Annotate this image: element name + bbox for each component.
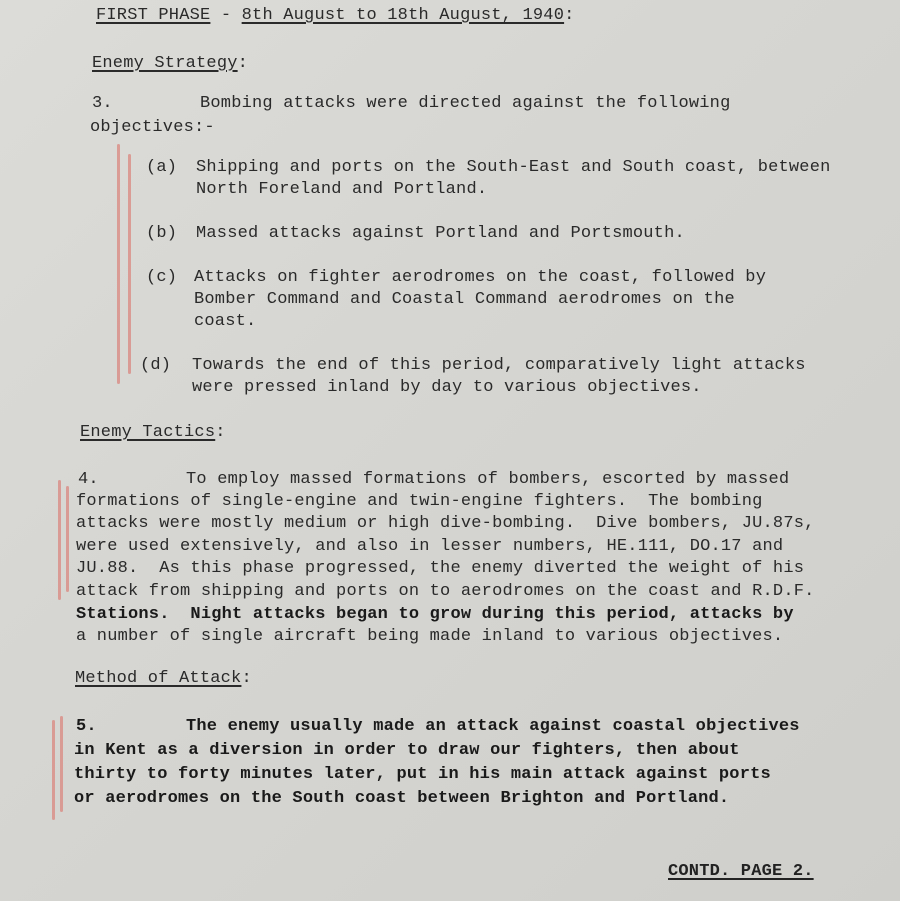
document-page: FIRST PHASE - 8th August to 18th August,… xyxy=(0,0,900,901)
paragraph-3-number: 3. xyxy=(92,94,113,113)
margin-mark xyxy=(58,480,61,600)
paragraph-4-line: attacks were mostly medium or high dive-… xyxy=(76,514,815,533)
paragraph-4-line: Stations. Night attacks began to grow du… xyxy=(76,605,794,624)
item-d-line: Towards the end of this period, comparat… xyxy=(192,356,806,375)
paragraph-5-number: 5. xyxy=(76,717,97,736)
paragraph-4-line: attack from shipping and ports on to aer… xyxy=(76,582,815,601)
paragraph-5-line: or aerodromes on the South coast between… xyxy=(74,789,729,808)
paragraph-5-line: The enemy usually made an attack against… xyxy=(186,717,800,736)
item-a-line: North Foreland and Portland. xyxy=(196,180,487,199)
item-a-label: (a) xyxy=(146,158,177,177)
item-c-line: Bomber Command and Coastal Command aerod… xyxy=(194,290,735,309)
paragraph-5-line: thirty to forty minutes later, put in hi… xyxy=(74,765,771,784)
paragraph-4-line: To employ massed formations of bombers, … xyxy=(186,470,789,489)
item-d-label: (d) xyxy=(140,356,171,375)
item-d-line: were pressed inland by day to various ob… xyxy=(192,378,702,397)
paragraph-4-line: were used extensively, and also in lesse… xyxy=(76,537,783,556)
paragraph-4-line: formations of single-engine and twin-eng… xyxy=(76,492,763,511)
section-heading-tactics: Enemy Tactics: xyxy=(80,423,226,442)
paragraph-4-line: JU.88. As this phase progressed, the ene… xyxy=(76,559,804,578)
paragraph-3-intro: Bombing attacks were directed against th… xyxy=(200,94,731,113)
margin-mark xyxy=(117,144,120,384)
item-c-label: (c) xyxy=(146,268,177,287)
margin-mark xyxy=(52,720,55,820)
margin-mark xyxy=(128,154,131,374)
item-b-label: (b) xyxy=(146,224,177,243)
section-heading-method: Method of Attack: xyxy=(75,669,252,688)
margin-mark xyxy=(60,716,63,812)
paragraph-4-number: 4. xyxy=(78,470,99,489)
phase-dates: 8th August to 18th August, 1940 xyxy=(242,6,564,25)
section-heading-strategy: Enemy Strategy: xyxy=(92,54,248,73)
item-c-line: coast. xyxy=(194,312,256,331)
continued-note: CONTD. PAGE 2. xyxy=(668,862,814,881)
phase-label: FIRST PHASE xyxy=(96,6,210,25)
document-title: FIRST PHASE - 8th August to 18th August,… xyxy=(96,6,575,25)
margin-mark xyxy=(66,486,69,592)
paragraph-3-intro-cont: objectives:- xyxy=(90,118,215,137)
item-b-line: Massed attacks against Portland and Port… xyxy=(196,224,685,243)
paragraph-5-line: in Kent as a diversion in order to draw … xyxy=(74,741,740,760)
item-c-line: Attacks on fighter aerodromes on the coa… xyxy=(194,268,766,287)
item-a-line: Shipping and ports on the South-East and… xyxy=(196,158,831,177)
paragraph-4-line: a number of single aircraft being made i… xyxy=(76,627,783,646)
